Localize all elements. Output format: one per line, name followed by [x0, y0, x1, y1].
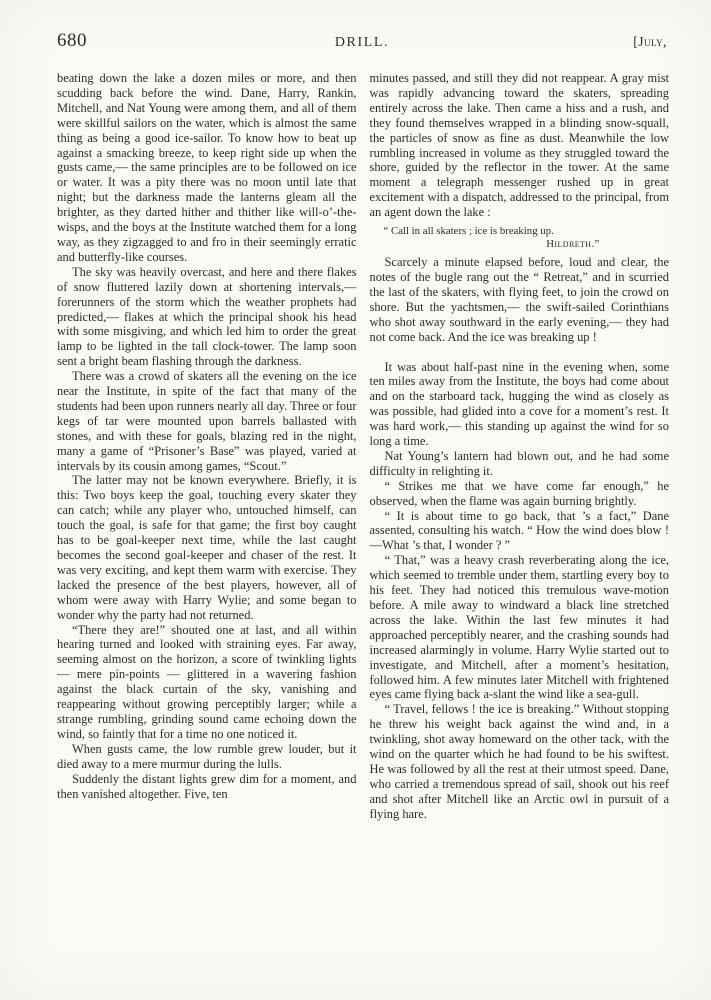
paragraph: The sky was heavily overcast, and here a… — [57, 265, 357, 369]
paragraph: Nat Young’s lantern had blown out, and h… — [370, 449, 670, 479]
paragraph: The latter may not be known everywhere. … — [57, 473, 357, 622]
left-column: beating down the lake a dozen miles or m… — [57, 71, 357, 822]
paragraph: When gusts came, the low rumble grew lou… — [57, 742, 357, 772]
paragraph: “ That,” was a heavy crash reverberating… — [370, 553, 670, 702]
text-columns: beating down the lake a dozen miles or m… — [0, 52, 711, 822]
issue-date-label: [July, — [633, 34, 667, 50]
paragraph: “ Travel, fellows ! the ice is breaking.… — [370, 702, 670, 821]
page-number: 680 — [57, 30, 87, 52]
paragraph: There was a crowd of skaters all the eve… — [57, 369, 357, 473]
paragraph: “There they are!” shouted one at last, a… — [57, 623, 357, 742]
right-column: minutes passed, and still they did not r… — [370, 71, 670, 822]
telegram-message: “ Call in all skaters ; ice is breaking … — [384, 225, 670, 238]
paragraph: Scarcely a minute elapsed before, loud a… — [370, 255, 670, 344]
paragraph: Suddenly the distant lights grew dim for… — [57, 772, 357, 802]
paragraph: “ It is about time to go back, that ’s a… — [370, 509, 670, 554]
running-title: DRILL. — [335, 35, 389, 51]
page-header: 680 DRILL. [July, — [0, 0, 711, 52]
paragraph: beating down the lake a dozen miles or m… — [57, 71, 357, 265]
paragraph: minutes passed, and still they did not r… — [370, 71, 670, 220]
telegram-block: “ Call in all skaters ; ice is breaking … — [384, 225, 670, 250]
paragraph: It was about half-past nine in the eveni… — [370, 360, 670, 449]
telegram-signature: Hildreth.” — [384, 238, 670, 251]
paragraph: “ Strikes me that we have come far enoug… — [370, 479, 670, 509]
book-page: 680 DRILL. [July, beating down the lake … — [0, 0, 711, 1000]
